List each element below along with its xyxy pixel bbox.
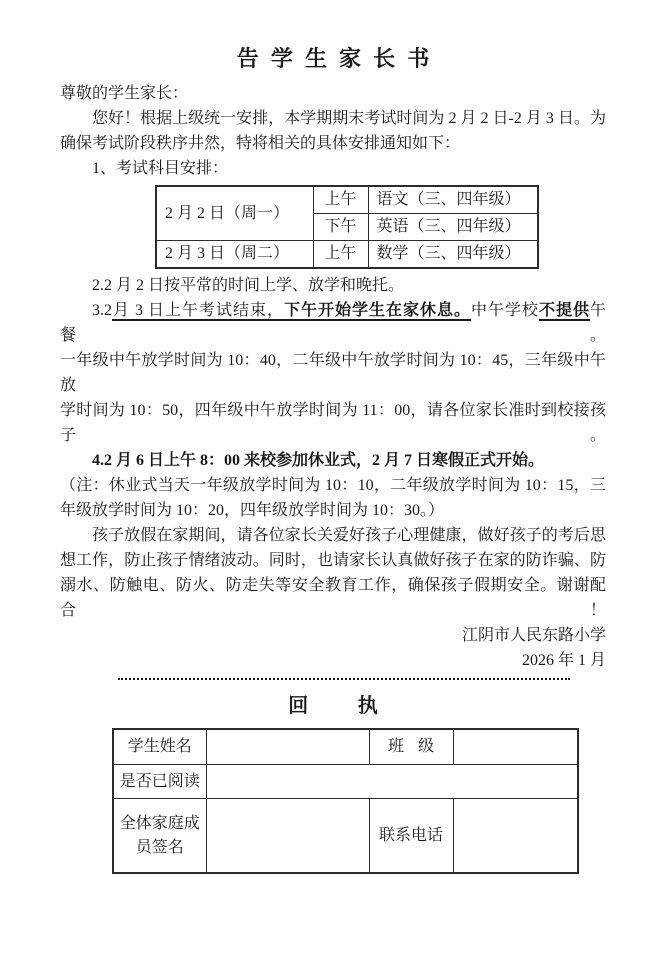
has-read-value-cell [206, 765, 578, 799]
class-value-cell [453, 729, 578, 765]
exam-subject-cell: 英语（三、四年级） [368, 214, 538, 241]
table-row: 2 月 3 日（周二） 上午 数学（三、四年级） [156, 241, 538, 269]
family-signature-value-cell [206, 799, 369, 874]
exam-subject-cell: 数学（三、四年级） [368, 241, 538, 269]
page-title: 告 学 生 家 长 书 [60, 45, 606, 73]
exam-session-cell: 上午 [313, 241, 368, 269]
signature-date: 2026 年 1 月 [60, 648, 606, 673]
exam-date-cell: 2 月 2 日（周一） [156, 186, 313, 241]
closing-line-2: 想工作，防止孩子情绪波动。同时，也请家长认真做好孩子在家的防诈骗、防 [60, 548, 606, 573]
student-name-value-cell [206, 729, 369, 765]
exam-session-cell: 下午 [313, 214, 368, 241]
exam-date-cell: 2 月 3 日（周二） [156, 241, 313, 269]
school-signature: 江阴市人民东路小学 [60, 623, 606, 648]
item3-line-2: 一年级中午放学时间为 10：40，二年级中午放学时间为 10：45，三年级中午放 [60, 348, 606, 398]
table-row: 全体家庭成员签名 联系电话 [113, 799, 578, 874]
class-label: 班 级 [369, 729, 453, 765]
item3-prefix: 3.2 [92, 302, 112, 319]
intro-line-1: 您好！根据上级统一安排，本学期期末考试时间为 2 月 2 日-2 月 3 日。为 [60, 106, 606, 131]
item2-schedule-note: 2.2 月 2 日按平常的时间上学、放学和晚托。 [60, 273, 606, 298]
salutation: 尊敬的学生家长： [60, 81, 606, 106]
closing-line-3: 溺水、防触电、防火、防走失等安全教育工作，确保孩子假期安全。谢谢配合！ [60, 573, 606, 623]
table-row: 学生姓名 班 级 [113, 729, 578, 765]
closing-line-1: 孩子放假在家期间，请各位家长关爱好孩子心理健康，做好孩子的考后思 [60, 523, 606, 548]
item3-no-lunch-emphasis: 不提供 [539, 302, 590, 319]
item3-line-1: 3.2月 3 日上午考试结束，下午开始学生在家休息。中午学校不提供午餐。 [60, 298, 606, 348]
exam-subject-cell: 语文（三、四年级） [368, 186, 538, 214]
phone-label: 联系电话 [369, 799, 453, 874]
table-row: 是否已阅读 [113, 765, 578, 799]
item1-exam-subjects-heading: 1、考试科目安排： [60, 156, 606, 181]
phone-value-cell [453, 799, 578, 874]
student-name-label: 学生姓名 [113, 729, 206, 765]
family-signature-label: 全体家庭成员签名 [113, 799, 206, 874]
dotted-divider [118, 678, 570, 680]
item4-ceremony-notice: 4.2 月 6 日上午 8：00 来校参加休业式，2 月 7 日寒假正式开始。 [60, 448, 606, 473]
has-read-label: 是否已阅读 [113, 765, 206, 799]
intro-line-2: 确保考试阶段秩序井然，特将相关的具体安排通知如下： [60, 131, 606, 156]
note-line-2: 年级放学时间为 10：20，四年级放学时间为 10：30。） [60, 498, 606, 523]
notice-page: 告 学 生 家 长 书 尊敬的学生家长： 您好！根据上级统一安排，本学期期末考试… [0, 0, 666, 960]
item3-line-3: 学时间为 10：50，四年级中午放学时间为 11：00，请各位家长准时到校接孩子… [60, 398, 606, 448]
item3-mid-text: 中午学校 [471, 302, 539, 319]
exam-session-cell: 上午 [313, 186, 368, 214]
reply-slip-table: 学生姓名 班 级 是否已阅读 全体家庭成员签名 联系电话 [112, 728, 579, 874]
table-row: 2 月 2 日（周一） 上午 语文（三、四年级） [156, 186, 538, 214]
item3-underlined-text: 月 3 日上午考试结束， [112, 302, 284, 319]
item3-bold-underlined-text: 下午开始学生在家休息。 [284, 302, 471, 319]
exam-schedule-table: 2 月 2 日（周一） 上午 语文（三、四年级） 下午 英语（三、四年级） 2 … [155, 185, 539, 269]
reply-slip-title: 回 执 [60, 692, 606, 720]
note-line-1: （注：休业式当天一年级放学时间为 10：10，二年级放学时间为 10：15，三 [60, 473, 606, 498]
